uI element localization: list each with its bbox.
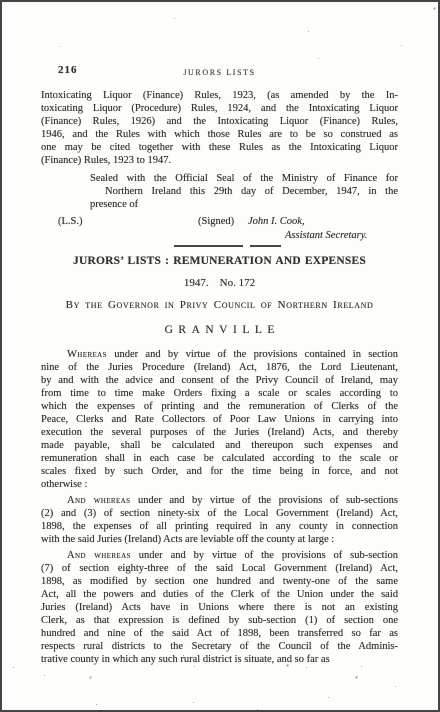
text-line: remuneration shall in each case be calcu… [41, 452, 398, 465]
signatory-title: Assistant Secretary. [285, 229, 398, 242]
text-line: toxicating Liquor (Procedure) Rules, 192… [41, 102, 398, 115]
text-line: trative county in which any such rural d… [41, 653, 398, 666]
text-line: Peace, Clerks and Rate Collectors of Poo… [41, 413, 398, 426]
recital-2: And whereas under and by virtue of the p… [41, 494, 398, 546]
text-line: presence of [90, 198, 398, 211]
text-line: (Finance) Rules, 1923 to 1947. [41, 154, 398, 167]
text-line: from time to time make Orders fixing a s… [41, 387, 398, 400]
text-line: Sealed with the Official Seal of the Min… [90, 172, 398, 185]
continuation-paragraph: Intoxicating Liquor (Finance) Rules, 192… [41, 89, 398, 167]
text-line: Whereas under and by virtue of the provi… [41, 348, 398, 361]
divider-rule [49, 245, 406, 247]
text-line: respects rural districts to the Secretar… [41, 640, 398, 653]
order-authority: By the Governor in Privy Council of Nort… [41, 299, 398, 312]
signed-label: (Signed) [198, 215, 234, 228]
recital-3: And whereas under and by virtue of the p… [41, 549, 398, 666]
recital-1: Whereas under and by virtue of the provi… [41, 348, 398, 491]
signature-row: (L.S.) (Signed) John I. Cook, [41, 215, 398, 228]
scanned-document-page: 216 JURORS LISTS Intoxicating Liquor (Fi… [0, 0, 440, 712]
text-line: 1898, as modified by section one hundred… [41, 575, 398, 588]
text-line: hundred and nine of the said Act of 1898… [41, 627, 398, 640]
text-line: made payable, shall be calculated and th… [41, 439, 398, 452]
scan-noise [2, 2, 3, 3]
page-header: 216 JURORS LISTS [41, 64, 398, 76]
recital-lead: Whereas [67, 349, 107, 360]
recital-lead: And whereas [67, 495, 130, 506]
text-line: And whereas under and by virtue of the p… [41, 549, 398, 562]
text-line: one may be cited together with these Rul… [41, 141, 398, 154]
order-title: JURORS’ LISTS : REMUNERATION AND EXPENSE… [41, 253, 398, 269]
text-line: Intoxicating Liquor (Finance) Rules, 192… [41, 89, 398, 102]
text-line: otherwise : [41, 478, 398, 491]
signatory-name: John I. Cook, [248, 215, 305, 228]
text-line: Clerk, as that expression is defined by … [41, 614, 398, 627]
text-line: And whereas under and by virtue of the p… [41, 494, 398, 507]
text-line: by and with the advice and consent of th… [41, 374, 398, 387]
order-signatory: GRANVILLE [41, 323, 398, 337]
running-title: JURORS LISTS [41, 66, 398, 79]
seal-mark: (L.S.) [58, 215, 83, 228]
text-line: Juries (Ireland) Acts have in Unions whe… [41, 601, 398, 614]
text-line: which the expenses of printing and the r… [41, 400, 398, 413]
text-line: 1898, the expenses of all printing requi… [41, 520, 398, 533]
rule-segment [250, 245, 281, 247]
sealed-clause: Sealed with the Official Seal of the Min… [90, 172, 398, 211]
text-line: Northern Ireland this 29th day of Decemb… [90, 185, 398, 198]
text-line: 1946, and the Rules with which those Rul… [41, 128, 398, 141]
text-line: Act, all the powers and duties of the Cl… [41, 588, 398, 601]
text-line: execution the several purposes of the Ju… [41, 426, 398, 439]
recital-lead: And whereas [67, 550, 131, 561]
text-line: with the said Juries (Ireland) Acts are … [41, 533, 398, 546]
text-line: scales fixed by such Order, and for the … [41, 465, 398, 478]
order-number: 1947. No. 172 [41, 277, 398, 290]
rule-segment [174, 245, 243, 247]
text-line: nine of the Juries Procedure (Ireland) A… [41, 361, 398, 374]
text-line: (7) of section eighty-three of the said … [41, 562, 398, 575]
text-line: (2) and (3) of section ninety-six of the… [41, 507, 398, 520]
text-line: (Finance) Rules, 1926) and the Intoxicat… [41, 115, 398, 128]
